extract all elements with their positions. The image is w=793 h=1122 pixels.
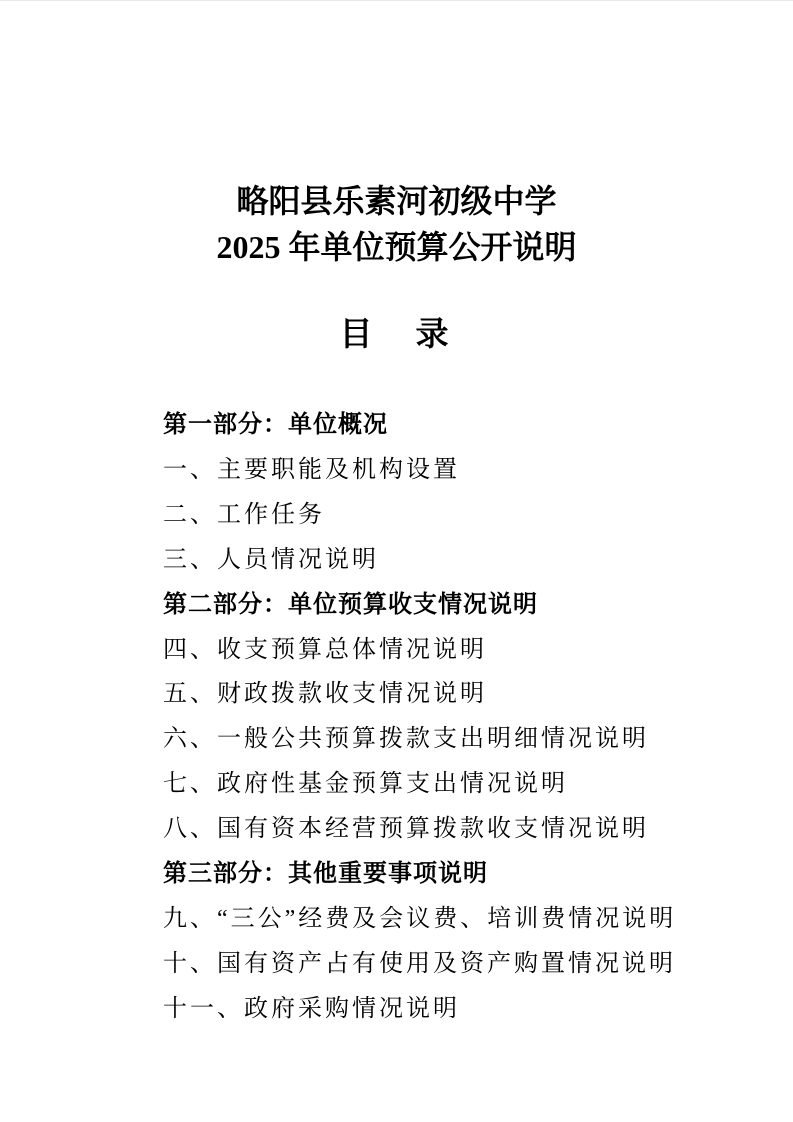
toc-entry-3: 三、人员情况说明 [163, 538, 733, 583]
toc-entry-8: 八、国有资本经营预算拨款收支情况说明 [163, 807, 733, 852]
toc-entry-5: 五、财政拨款收支情况说明 [163, 672, 733, 717]
toc-entry-9: 九、“三公”经费及会议费、培训费情况说明 [163, 897, 733, 942]
toc-entry-10: 十、国有资产占有使用及资产购置情况说明 [163, 942, 733, 987]
toc-entry-11: 十一、政府采购情况说明 [163, 987, 733, 1032]
toc-entry-4: 四、收支预算总体情况说明 [163, 628, 733, 673]
toc-heading: 目 录 [0, 312, 793, 358]
document-title-line2: 2025 年单位预算公开说明 [0, 224, 793, 270]
document-page: { "page": { "background_color": "#ffffff… [0, 0, 793, 1122]
toc-section-part3: 第三部分：其他重要事项说明 [163, 852, 733, 897]
toc-list: 第一部分：单位概况 一、主要职能及机构设置 二、工作任务 三、人员情况说明 第二… [0, 403, 793, 1032]
toc-entry-6: 六、一般公共预算拨款支出明细情况说明 [163, 717, 733, 762]
toc-entry-1: 一、主要职能及机构设置 [163, 448, 733, 493]
toc-entry-7: 七、政府性基金预算支出情况说明 [163, 762, 733, 807]
toc-entry-2: 二、工作任务 [163, 493, 733, 538]
page-container: 略阳县乐素河初级中学 2025 年单位预算公开说明 目 录 第一部分：单位概况 … [0, 1, 793, 1122]
toc-section-part1: 第一部分：单位概况 [163, 403, 733, 448]
document-title: 略阳县乐素河初级中学 2025 年单位预算公开说明 [0, 178, 793, 270]
document-title-line1: 略阳县乐素河初级中学 [0, 178, 793, 224]
toc-section-part2: 第二部分：单位预算收支情况说明 [163, 583, 733, 628]
